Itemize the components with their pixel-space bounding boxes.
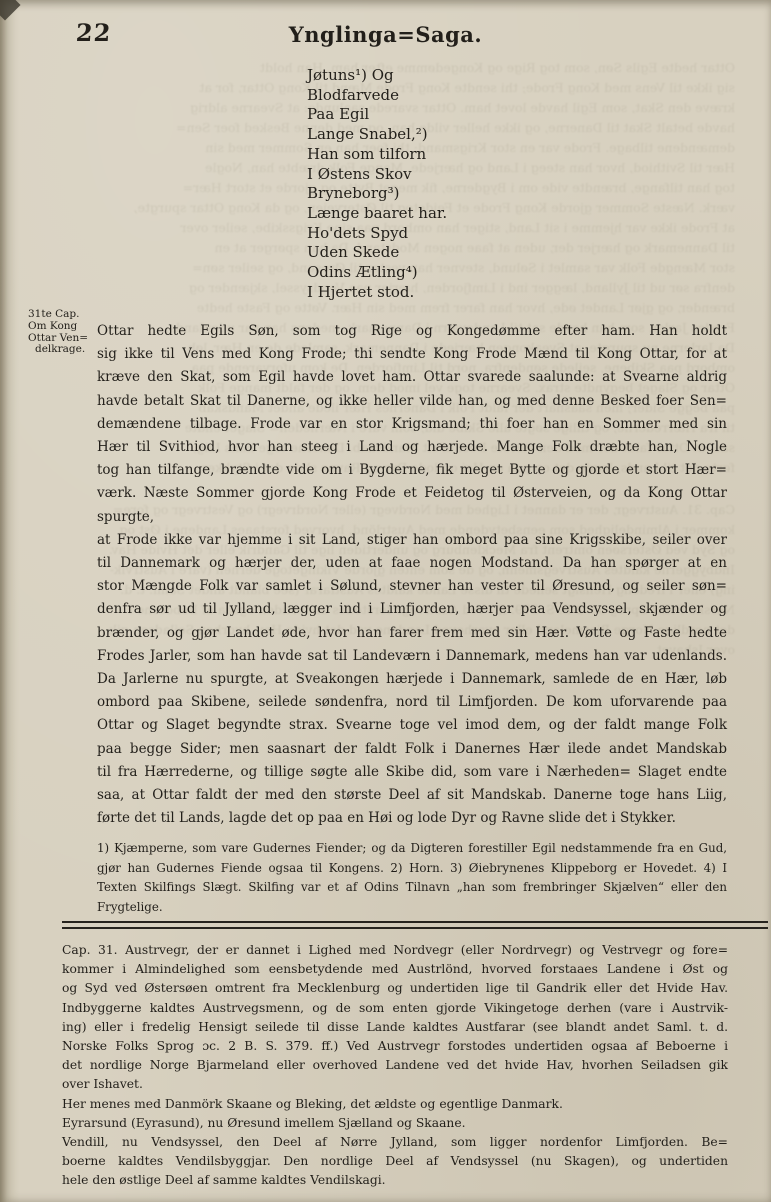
- body-line: at Frode ikke var hjemme i sit Land, sti…: [97, 529, 727, 552]
- body-line: kræve den Skat, som Egil havde lovet ham…: [97, 366, 727, 389]
- footnote-line: Texten Skilfings Slægt. Skilfing var et …: [97, 878, 727, 898]
- commentary-line: og Syd ved Østersøen omtrent fra Mecklen…: [62, 979, 728, 998]
- body-line: stor Mængde Folk var samlet i Sølund, st…: [97, 575, 727, 598]
- poem-line: Jøtuns¹) Og: [307, 66, 447, 86]
- commentary-line: det nordlige Norge Bjarmeland eller over…: [62, 1056, 728, 1075]
- body-line: til Dannemark og hærjer der, uden at faa…: [97, 552, 727, 575]
- commentary-line: kommer i Almindelighed som eensbetydende…: [62, 960, 728, 979]
- body-line: brænder, og gjør Landet øde, hvor han fa…: [97, 622, 727, 645]
- body-line: sig ikke til Vens med Kong Frode; thi se…: [97, 343, 727, 366]
- poem-line: Odins Ætling⁴): [307, 263, 447, 283]
- body-line: saa, at Ottar faldt der med den største …: [97, 784, 727, 807]
- commentary-line: boerne kaldtes Vendilsbyggjar. Den nordl…: [62, 1152, 728, 1171]
- commentary-line: Norske Folks Sprog ɔc. 2 B. S. 379. ff.)…: [62, 1037, 728, 1056]
- poem-line: Lange Snabel,²): [307, 125, 447, 145]
- commentary-paragraph: Her menes med Danmörk Skaane og Bleking,…: [62, 1095, 728, 1114]
- body-line: tog han tilfange, brændte vide om i Bygd…: [97, 459, 727, 482]
- body-line: værk. Næste Sommer gjorde Kong Frode et …: [97, 482, 727, 528]
- commentary-line: hele den østlige Deel af samme kaldtes V…: [62, 1171, 728, 1190]
- page-title: Ynglinga=Saga.: [0, 22, 771, 47]
- double-rule-divider: [62, 921, 768, 929]
- commentary-paragraph: Cap. 31. Austrvegr, der er dannet i Ligh…: [62, 941, 728, 1095]
- body-line: denfra sør ud til Jylland, lægger ind i …: [97, 598, 727, 621]
- body-line: førte det til Lands, lagde det op paa en…: [97, 807, 727, 830]
- body-paragraph: Ottar hedte Egils Søn, som tog Rige og K…: [97, 320, 727, 830]
- poem-line: I Hjertet stod.: [307, 283, 447, 303]
- poem-line: Længe baaret har.: [307, 204, 447, 224]
- commentary-line: Indbyggerne kaldtes Austrvegsmenn, og de…: [62, 999, 728, 1018]
- margin-note-line: Om Kong: [28, 321, 98, 333]
- body-line: demændene tilbage. Frode var en stor Kri…: [97, 413, 727, 436]
- poem-line: I Østens Skov: [307, 165, 447, 185]
- body-line: paa begge Sider; men saasnart der faldt …: [97, 738, 727, 761]
- commentary-line: Eyrarsund (Eyrasund), nu Øresund imellem…: [62, 1114, 728, 1133]
- footnote-line: Frygtelige.: [97, 898, 727, 918]
- poem-line: Blodfarvede: [307, 86, 447, 106]
- poem-line: Han som tilforn: [307, 145, 447, 165]
- margin-note-chapter: 31te Cap.Om KongOttar Ven=delkrage.: [28, 309, 98, 356]
- commentary-paragraph: Vendill, nu Vendsyssel, den Deel af Nørr…: [62, 1133, 728, 1191]
- body-line: Ottar hedte Egils Søn, som tog Rige og K…: [97, 320, 727, 343]
- poem-line: Ho'dets Spyd: [307, 224, 447, 244]
- body-line: til fra Hærrederne, og tillige søgte all…: [97, 761, 727, 784]
- poem-line: Bryneborg³): [307, 184, 447, 204]
- book-page: Ottar hedte Egils Søn, som tog Rige og K…: [0, 0, 771, 1202]
- footnote-line: gjør han Gudernes Fiende ogsaa til Konge…: [97, 859, 727, 879]
- commentary-line: Her menes med Danmörk Skaane og Bleking,…: [62, 1095, 728, 1114]
- scan-corner-shadow: [0, 0, 21, 21]
- body-line: Ottar og Slaget begyndte strax. Svearne …: [97, 714, 727, 737]
- commentary-line: over Ishavet.: [62, 1075, 728, 1094]
- poem-stanza: Jøtuns¹) OgBlodfarvedePaa EgilLange Snab…: [307, 66, 447, 302]
- body-line: Frodes Jarler, som han havde sat til Lan…: [97, 645, 727, 668]
- footnotes-block: 1) Kjæmperne, som vare Gudernes Fiender;…: [97, 839, 727, 917]
- commentary-block: Cap. 31. Austrvegr, der er dannet i Ligh…: [62, 941, 728, 1191]
- body-line: Hær til Svithiod, hvor han steeg i Land …: [97, 436, 727, 459]
- body-line: Da Jarlerne nu spurgte, at Sveakongen hæ…: [97, 668, 727, 691]
- poem-line: Uden Skede: [307, 243, 447, 263]
- commentary-line: Vendill, nu Vendsyssel, den Deel af Nørr…: [62, 1133, 728, 1152]
- commentary-line: ing) eller i fredelig Hensigt seilede ti…: [62, 1018, 728, 1037]
- body-line: havde betalt Skat til Danerne, og ikke h…: [97, 390, 727, 413]
- commentary-paragraph: Eyrarsund (Eyrasund), nu Øresund imellem…: [62, 1114, 728, 1133]
- margin-note-line: delkrage.: [35, 344, 98, 356]
- footnote-line: 1) Kjæmperne, som vare Gudernes Fiender;…: [97, 839, 727, 859]
- poem-line: Paa Egil: [307, 105, 447, 125]
- body-line: ombord paa Skibene, seilede søndenfra, n…: [97, 691, 727, 714]
- commentary-line: Cap. 31. Austrvegr, der er dannet i Ligh…: [62, 941, 728, 960]
